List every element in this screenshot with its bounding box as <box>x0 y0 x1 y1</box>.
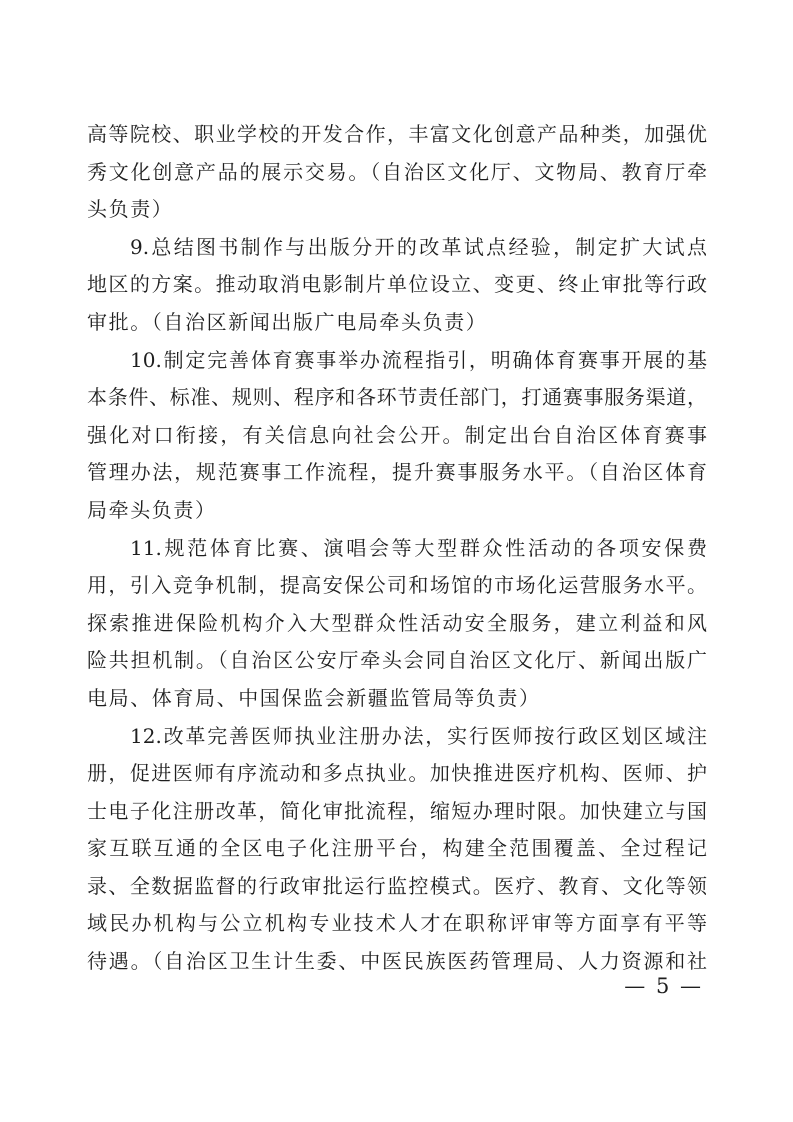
paragraph-end-line: 头负责） <box>87 191 707 229</box>
document-page: 高等院校、职业学校的开发合作，丰富文化创意产品种类，加强优 秀文化创意产品的展示… <box>0 0 793 1122</box>
text-line: 录、全数据监督的行政审批运行监控模式。医疗、教育、文化等领 <box>87 868 707 906</box>
paragraph-end-line: 电局、体育局、中国保监会新疆监管局等负责） <box>87 680 707 718</box>
item-10-start-line: 10.制定完善体育赛事举办流程指引，明确体育赛事开展的基 <box>87 342 707 380</box>
item-11-start-line: 11.规范体育比赛、演唱会等大型群众性活动的各项安保费 <box>87 530 707 568</box>
text-line: 用，引入竞争机制，提高安保公司和场馆的市场化运营服务水平。 <box>87 567 707 605</box>
text-line: 家互联互通的全区电子化注册平台，构建全范围覆盖、全过程记 <box>87 830 707 868</box>
text-line: 域民办机构与公立机构专业技术人才在职称评审等方面享有平等 <box>87 905 707 943</box>
paragraph-end-line: 局牵头负责） <box>87 492 707 530</box>
document-text-block: 高等院校、职业学校的开发合作，丰富文化创意产品种类，加强优 秀文化创意产品的展示… <box>87 116 707 981</box>
text-line: 士电子化注册改革，简化审批流程，缩短办理时限。加快建立与国 <box>87 793 707 831</box>
text-line: 地区的方案。推动取消电影制片单位设立、变更、终止审批等行政 <box>87 266 707 304</box>
page-number: — 5 — <box>624 974 703 998</box>
item-12-start-line: 12.改革完善医师执业注册办法，实行医师按行政区划区域注 <box>87 718 707 756</box>
item-9-start-line: 9.总结图书制作与出版分开的改革试点经验，制定扩大试点 <box>87 229 707 267</box>
text-line: 险共担机制。（自治区公安厅牵头会同自治区文化厅、新闻出版广 <box>87 642 707 680</box>
text-line: 高等院校、职业学校的开发合作，丰富文化创意产品种类，加强优 <box>87 116 707 154</box>
text-line: 强化对口衔接，有关信息向社会公开。制定出台自治区体育赛事 <box>87 417 707 455</box>
text-line: 管理办法，规范赛事工作流程，提升赛事服务水平。（自治区体育 <box>87 454 707 492</box>
text-line: 秀文化创意产品的展示交易。（自治区文化厅、文物局、教育厅牵 <box>87 154 707 192</box>
paragraph-end-line: 审批。（自治区新闻出版广电局牵头负责） <box>87 304 707 342</box>
text-line: 册，促进医师有序流动和多点执业。加快推进医疗机构、医师、护 <box>87 755 707 793</box>
text-line: 探索推进保险机构介入大型群众性活动安全服务，建立利益和风 <box>87 605 707 643</box>
text-line: 本条件、标准、规则、程序和各环节责任部门，打通赛事服务渠道， <box>87 379 707 417</box>
text-line: 待遇。（自治区卫生计生委、中医民族医药管理局、人力资源和社 <box>87 943 707 981</box>
